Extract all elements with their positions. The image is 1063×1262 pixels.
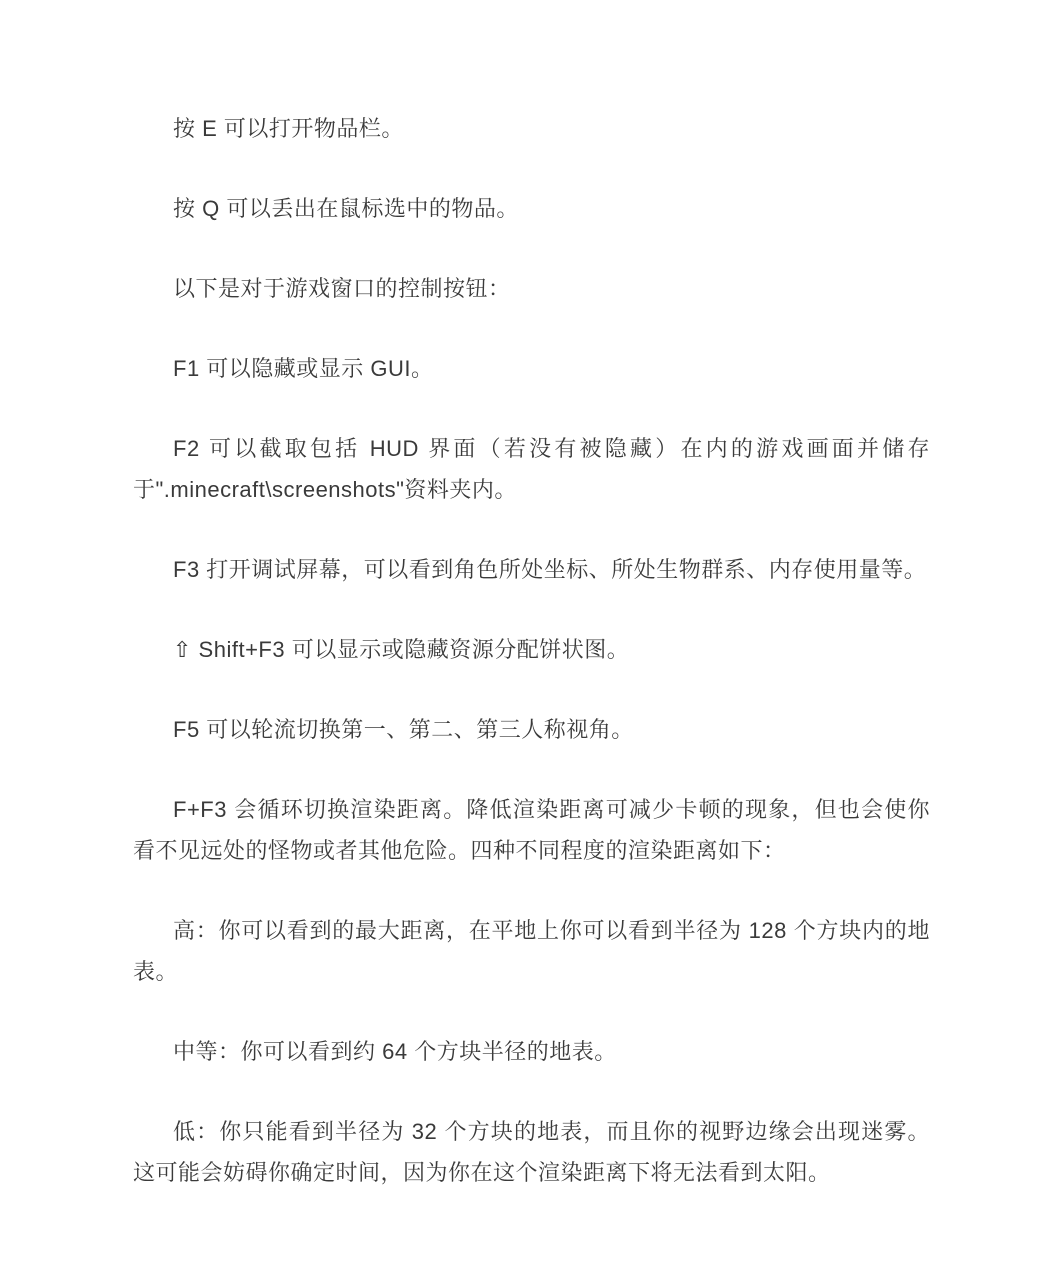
paragraph-render-distance-low: 低：你只能看到半径为 32 个方块的地表，而且你的视野边缘会出现迷雾。这可能会妨… bbox=[133, 1111, 930, 1193]
paragraph-f3: F3 打开调试屏幕，可以看到角色所处坐标、所处生物群系、内存使用量等。 bbox=[133, 549, 930, 590]
paragraph-f-f3-render-distance: F+F3 会循环切换渲染距离。降低渲染距离可减少卡顿的现象，但也会使你看不见远处… bbox=[133, 789, 930, 871]
paragraph-press-e: 按 E 可以打开物品栏。 bbox=[133, 108, 930, 149]
paragraph-window-controls-intro: 以下是对于游戏窗口的控制按钮： bbox=[133, 268, 930, 309]
paragraph-f1: F1 可以隐藏或显示 GUI。 bbox=[133, 348, 930, 389]
paragraph-f2: F2 可以截取包括 HUD 界面（若没有被隐藏）在内的游戏画面并储存于".min… bbox=[133, 428, 930, 510]
document-body: 按 E 可以打开物品栏。 按 Q 可以丢出在鼠标选中的物品。 以下是对于游戏窗口… bbox=[133, 108, 930, 1193]
paragraph-press-q: 按 Q 可以丢出在鼠标选中的物品。 bbox=[133, 188, 930, 229]
paragraph-render-distance-medium: 中等：你可以看到约 64 个方块半径的地表。 bbox=[133, 1031, 930, 1072]
document-page: 按 E 可以打开物品栏。 按 Q 可以丢出在鼠标选中的物品。 以下是对于游戏窗口… bbox=[0, 0, 1063, 1262]
paragraph-render-distance-high: 高：你可以看到的最大距离，在平地上你可以看到半径为 128 个方块内的地表。 bbox=[133, 910, 930, 992]
paragraph-f5: F5 可以轮流切换第一、第二、第三人称视角。 bbox=[133, 709, 930, 750]
paragraph-shift-f3: ⇧ Shift+F3 可以显示或隐藏资源分配饼状图。 bbox=[133, 629, 930, 670]
